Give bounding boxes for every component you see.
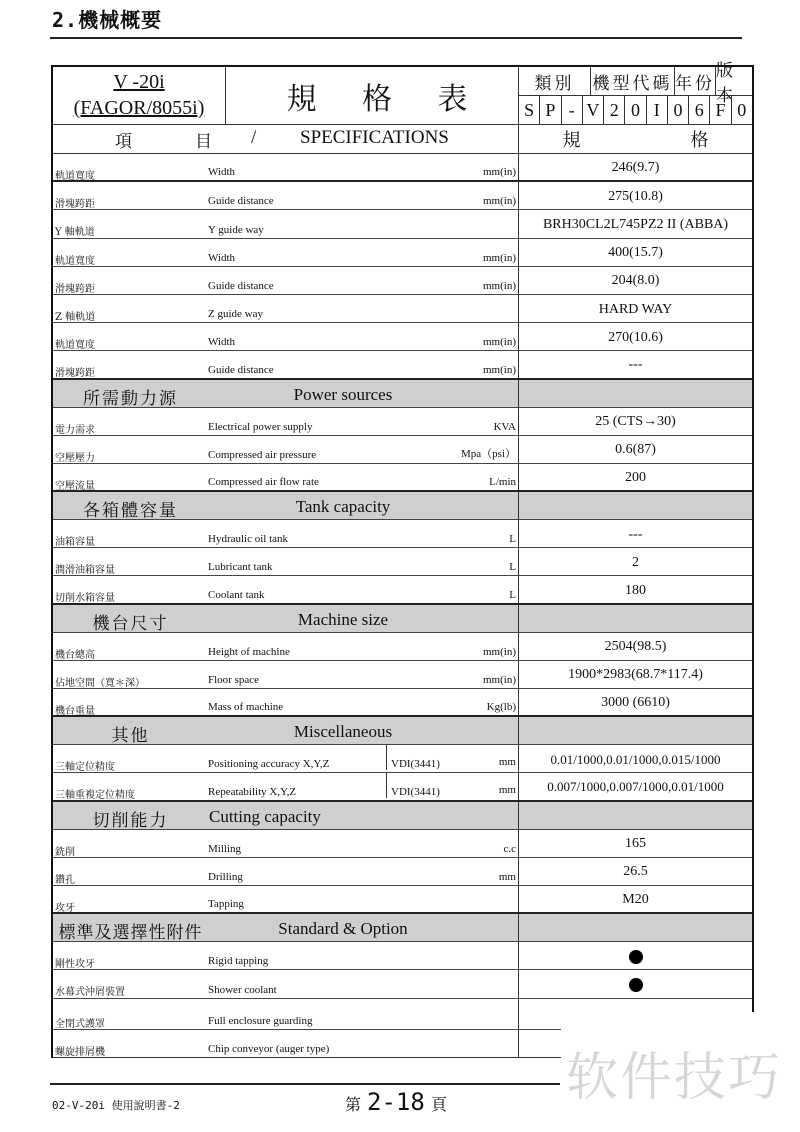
table-row: 切削水箱容量 Coolant tankL 180	[53, 576, 752, 604]
row-value-blank	[519, 1002, 561, 1029]
row-value	[519, 970, 752, 997]
row-value: 200	[519, 464, 752, 490]
row-label-zh: 潤滑油箱容量	[53, 548, 208, 575]
row-label-en: Hydraulic oil tank	[208, 533, 509, 545]
row-label-zh: 軌道寬度	[53, 239, 208, 266]
section-title-en: Tank capacity	[208, 492, 519, 519]
row-label-en: Z guide way	[208, 308, 516, 320]
table-row: Z 軸軌道 Z guide way HARD WAY	[53, 295, 752, 323]
row-label-en: Width	[208, 166, 483, 178]
row-label-zh: 油箱容量	[53, 520, 208, 547]
table-row: 滑塊跨距 Guide distancemm(in) 275(10.8)	[53, 182, 752, 210]
table-row: 油箱容量 Hydraulic oil tankL ---	[53, 520, 752, 548]
section-title-en: Miscellaneous	[208, 717, 519, 744]
row-label-en-cell: Widthmm(in)	[208, 239, 519, 266]
row-label-zh: 電力需求	[53, 408, 208, 435]
row-unit: L/min	[489, 476, 518, 488]
row-unit: mm(in)	[483, 252, 518, 264]
row-label-en-cell: Positioning accuracy X,Y,Z VDI(3441)mm	[208, 745, 519, 772]
page-prefix: 第	[345, 1095, 361, 1114]
row-unit: L	[509, 589, 518, 601]
row-label-en: Lubricant tank	[208, 561, 509, 573]
row-value-blank	[519, 1030, 561, 1057]
row-unit: L	[509, 533, 518, 545]
controller-name: (FAGOR/8055i)	[53, 95, 225, 121]
code-label-model: 機型代碼	[591, 67, 675, 95]
row-unit: mm(in)	[483, 195, 518, 207]
code-cell: F	[710, 96, 731, 124]
row-value: 26.5	[519, 858, 752, 885]
item-header-slash: /	[251, 127, 256, 149]
watermark: 软件技巧	[566, 1035, 782, 1110]
row-standard: VDI(3441)	[391, 758, 440, 770]
row-unit: mm	[499, 784, 518, 798]
row-unit: mm(in)	[483, 674, 518, 686]
table-row: 電力需求 Electrical power supplyKVA 25 (CTS→…	[53, 408, 752, 436]
value-header-char: 規	[563, 126, 581, 152]
row-label-en: Milling	[208, 843, 503, 855]
row-label-en-cell: Guide distancemm(in)	[208, 267, 519, 294]
row-unit: mm(in)	[483, 364, 518, 376]
row-label-en: Mass of machine	[208, 701, 487, 713]
code-label-year: 年份	[675, 67, 716, 95]
section-value-blank	[519, 914, 752, 941]
row-unit: mm(in)	[483, 646, 518, 658]
row-label-en-cell: Drillingmm	[208, 858, 519, 885]
row-value: 25 (CTS→30)	[519, 408, 752, 435]
row-unit: Kg(lb)	[487, 701, 518, 713]
table-row: Y 軸軌道 Y guide way BRH30CL2L745PZ2 II (AB…	[53, 210, 752, 238]
row-label-en: Width	[208, 336, 483, 348]
code-cell: I	[647, 96, 668, 124]
row-label-zh: 螺旋排屑機	[53, 1030, 208, 1057]
code-label-category: 類別	[519, 67, 591, 95]
model-cell: V -20i (FAGOR/8055i)	[53, 67, 226, 124]
table-row: 滑塊跨距 Guide distancemm(in) 204(8.0)	[53, 267, 752, 295]
table-row: 全閉式護罩 Full enclosure guarding	[51, 1002, 561, 1030]
code-cell: S	[519, 96, 540, 124]
row-label-en-cell: Coolant tankL	[208, 576, 519, 602]
row-value: M20	[519, 886, 752, 912]
item-header-en: SPECIFICATIONS	[300, 127, 449, 149]
code-cell: V	[583, 96, 604, 124]
row-label-en: Rigid tapping	[208, 955, 518, 967]
section-header-misc: 其他 Miscellaneous	[53, 717, 752, 745]
section-header-machine-size: 機台尺寸 Machine size	[53, 605, 752, 633]
row-label-zh: 空壓壓力	[53, 436, 208, 463]
row-label-en: Chip conveyor (auger type)	[208, 1043, 518, 1055]
code-cells: S P - V 2 0 I 0 6 F 0	[519, 96, 752, 124]
row-label-zh: 佔地空間（寬＊深）	[53, 661, 208, 688]
row-unit: mm	[499, 871, 518, 883]
row-label-zh: 三軸重複定位精度	[53, 773, 208, 799]
code-label-version: 版本	[716, 67, 752, 95]
row-label-en: Width	[208, 252, 483, 264]
section-value-blank	[519, 717, 752, 744]
row-label-en-cell: Guide distancemm(in)	[208, 182, 519, 209]
standard-dot-icon	[629, 950, 643, 964]
code-cell: -	[562, 96, 583, 124]
row-label-en-cell: Guide distancemm(in)	[208, 351, 519, 377]
row-label-zh: 銑削	[53, 830, 208, 857]
row-value: ---	[519, 351, 752, 377]
row-label-en: Height of machine	[208, 646, 483, 658]
section-title-zh: 各箱體容量	[53, 492, 208, 519]
row-label-en-cell: Repeatability X,Y,Z VDI(3441)mm	[208, 773, 519, 799]
row-value: 0.007/1000,0.007/1000,0.01/1000	[519, 773, 752, 799]
row-label-en-cell: Mass of machineKg(lb)	[208, 689, 519, 715]
section-title-en: Power sources	[208, 380, 519, 407]
section-header-cutting: 切削能力 Cutting capacity	[53, 802, 752, 830]
section-title-en: Machine size	[208, 605, 519, 632]
table-row: 軌道寬度 Widthmm(in) 270(10.6)	[53, 323, 752, 351]
code-cell: 0	[625, 96, 646, 124]
code-cell: 0	[732, 96, 752, 124]
chapter-title: 2.機械概要	[52, 4, 162, 33]
standard-cell: VDI(3441)mm	[386, 745, 518, 770]
row-label-en-cell: Floor spacemm(in)	[208, 661, 519, 688]
row-unit: L	[509, 561, 518, 573]
row-label-en: Guide distance	[208, 280, 483, 292]
row-label-zh: Y 軸軌道	[53, 210, 208, 237]
title-char: 規	[287, 74, 317, 118]
row-label-en: Tapping	[208, 898, 516, 910]
row-unit: mm	[499, 756, 518, 770]
row-label-en: Drilling	[208, 871, 499, 883]
row-value: 270(10.6)	[519, 323, 752, 350]
section-value-blank	[519, 492, 752, 519]
model-name: V -20i	[53, 69, 225, 95]
row-value: 3000 (6610)	[519, 689, 752, 715]
table-title-row: V -20i (FAGOR/8055i) 規 格 表 類別 機型代碼 年份 版本…	[53, 67, 752, 125]
table-row: 軌道寬度 Widthmm(in) 400(15.7)	[53, 239, 752, 267]
row-label-en: Compressed air pressure	[208, 449, 461, 461]
row-label-zh: 全閉式護罩	[53, 1002, 208, 1029]
row-label-en: Full enclosure guarding	[208, 1015, 518, 1027]
table-row: 水幕式沖屑裝置 Shower coolant	[53, 970, 752, 998]
row-label-zh: 滑塊跨距	[53, 182, 208, 209]
row-value: HARD WAY	[519, 295, 752, 322]
value-header: 規 格	[519, 125, 752, 153]
spec-column-header: 項 目 / SPECIFICATIONS 規 格	[53, 125, 752, 154]
row-label-en-cell: Full enclosure guarding	[208, 1002, 519, 1029]
footer-rule	[50, 1083, 560, 1085]
footer-document-name: 02-V-20i 使用說明書-2	[52, 1097, 180, 1113]
row-label-zh: 機台總高	[53, 633, 208, 660]
bottom-rows: 全閉式護罩 Full enclosure guarding 螺旋排屑機 Chip…	[51, 1002, 561, 1058]
table-row: 空壓流量 Compressed air flow rateL/min 200	[53, 464, 752, 492]
row-value: 204(8.0)	[519, 267, 752, 294]
row-label-en: Electrical power supply	[208, 421, 494, 433]
row-value: 2	[519, 548, 752, 575]
row-unit: mm(in)	[483, 336, 518, 348]
row-label-en-cell: Lubricant tankL	[208, 548, 519, 575]
row-label-en-cell: Shower coolant	[208, 970, 519, 997]
table-row: 空壓壓力 Compressed air pressureMpa（psi） 0.6…	[53, 436, 752, 464]
code-cell: 6	[689, 96, 710, 124]
code-cell: P	[540, 96, 561, 124]
table-row: 軌道寬度 Widthmm(in) 246(9.7)	[53, 154, 752, 182]
section-value-blank	[519, 802, 752, 829]
row-label-en: Guide distance	[208, 195, 483, 207]
section-title-en: Standard & Option	[208, 914, 519, 941]
standard-cell: VDI(3441)mm	[386, 773, 518, 797]
row-label-en: Repeatability X,Y,Z	[208, 786, 386, 798]
section-header-options: 標準及選擇性附件 Standard & Option	[53, 914, 752, 942]
section-header-power: 所需動力源 Power sources	[53, 380, 752, 408]
row-label-zh: 鑽孔	[53, 858, 208, 885]
row-label-en-cell: Hydraulic oil tankL	[208, 520, 519, 547]
table-row: 銑削 Millingc.c 165	[53, 830, 752, 858]
row-label-zh: 攻牙	[53, 886, 208, 912]
row-label-en-cell: Widthmm(in)	[208, 323, 519, 350]
row-label-en-cell: Chip conveyor (auger type)	[208, 1030, 519, 1057]
section-title-zh: 所需動力源	[53, 380, 208, 407]
section-title-zh: 其他	[53, 717, 208, 744]
table-title: 規 格 表	[226, 67, 518, 124]
row-value: ---	[519, 520, 752, 547]
row-label-zh: 空壓流量	[53, 464, 208, 490]
section-title-zh: 切削能力	[53, 802, 208, 829]
page-number: 2-18	[367, 1088, 425, 1116]
row-value: 246(9.7)	[519, 154, 752, 180]
row-label-zh: 切削水箱容量	[53, 576, 208, 602]
table-row: 佔地空間（寬＊深） Floor spacemm(in) 1900*2983(68…	[53, 661, 752, 689]
row-unit: c.c	[503, 843, 518, 855]
item-header-zh-1: 項	[115, 127, 132, 152]
table-row: 潤滑油箱容量 Lubricant tankL 2	[53, 548, 752, 576]
row-label-en-cell: Widthmm(in)	[208, 154, 519, 180]
section-header-tank: 各箱體容量 Tank capacity	[53, 492, 752, 520]
row-value: 1900*2983(68.7*117.4)	[519, 661, 752, 688]
table-row: 機台總高 Height of machinemm(in) 2504(98.5)	[53, 633, 752, 661]
row-label-zh: 軌道寬度	[53, 154, 208, 180]
code-labels: 類別 機型代碼 年份 版本	[519, 67, 752, 96]
row-value: 2504(98.5)	[519, 633, 752, 660]
row-value: BRH30CL2L745PZ2 II (ABBA)	[519, 210, 752, 237]
row-label-zh: 剛性攻牙	[53, 942, 208, 969]
row-value: 275(10.8)	[519, 182, 752, 209]
row-label-en: Coolant tank	[208, 589, 509, 601]
section-value-blank	[519, 380, 752, 407]
code-cell: 0	[668, 96, 689, 124]
table-row: 三軸重複定位精度 Repeatability X,Y,Z VDI(3441)mm…	[53, 773, 752, 801]
value-header-char: 格	[691, 126, 709, 152]
row-label-en: Floor space	[208, 674, 483, 686]
table-row: 機台重量 Mass of machineKg(lb) 3000 (6610)	[53, 689, 752, 717]
row-label-en-cell: Electrical power supplyKVA	[208, 408, 519, 435]
row-label-en: Y guide way	[208, 224, 516, 236]
row-label-en-cell: Rigid tapping	[208, 942, 519, 969]
spec-table: V -20i (FAGOR/8055i) 規 格 表 類別 機型代碼 年份 版本…	[51, 65, 754, 1018]
row-label-en: Compressed air flow rate	[208, 476, 489, 488]
document-code: 類別 機型代碼 年份 版本 S P - V 2 0 I 0 6 F 0	[518, 67, 752, 124]
row-label-zh: 軌道寬度	[53, 323, 208, 350]
row-standard: VDI(3441)	[391, 786, 440, 798]
row-unit: mm(in)	[483, 280, 518, 292]
header-rule	[50, 37, 742, 39]
standard-dot-icon	[629, 978, 643, 992]
section-value-blank	[519, 605, 752, 632]
table-row: 三軸定位精度 Positioning accuracy X,Y,Z VDI(34…	[53, 745, 752, 773]
row-value: 0.01/1000,0.01/1000,0.015/1000	[519, 745, 752, 772]
row-label-zh: 滑塊跨距	[53, 351, 208, 377]
item-header-zh-2: 目	[195, 127, 212, 152]
footer-page-number: 第2-18頁	[345, 1088, 447, 1116]
row-label-en: Guide distance	[208, 364, 483, 376]
table-row: 滑塊跨距 Guide distancemm(in) ---	[53, 351, 752, 379]
row-label-zh: Z 軸軌道	[53, 295, 208, 322]
item-header: 項 目 / SPECIFICATIONS	[53, 125, 519, 153]
row-unit: KVA	[494, 421, 518, 433]
table-row: 剛性攻牙 Rigid tapping	[53, 942, 752, 970]
row-label-zh: 機台重量	[53, 689, 208, 715]
page-suffix: 頁	[431, 1095, 447, 1114]
title-char: 表	[437, 74, 467, 118]
row-label-en-cell: Tapping	[208, 886, 519, 912]
row-value: 165	[519, 830, 752, 857]
row-value: 400(15.7)	[519, 239, 752, 266]
section-title-en: Cutting capacity	[208, 802, 519, 829]
row-label-en-cell: Height of machinemm(in)	[208, 633, 519, 660]
row-label-zh: 水幕式沖屑裝置	[53, 970, 208, 997]
title-char: 格	[362, 74, 392, 118]
section-title-zh: 機台尺寸	[53, 605, 208, 632]
row-label-en: Shower coolant	[208, 984, 518, 996]
row-label-en: Positioning accuracy X,Y,Z	[208, 758, 386, 770]
row-label-zh: 三軸定位精度	[53, 745, 208, 772]
row-label-en-cell: Compressed air flow rateL/min	[208, 464, 519, 490]
row-label-en-cell: Compressed air pressureMpa（psi）	[208, 436, 519, 463]
row-value: 0.6(87)	[519, 436, 752, 463]
row-label-en-cell: Millingc.c	[208, 830, 519, 857]
table-row: 鑽孔 Drillingmm 26.5	[53, 858, 752, 886]
row-label-en-cell: Z guide way	[208, 295, 519, 322]
row-unit: Mpa（psi）	[461, 445, 518, 461]
row-label-zh: 滑塊跨距	[53, 267, 208, 294]
table-row: 攻牙 Tapping M20	[53, 886, 752, 914]
row-unit: mm(in)	[483, 166, 518, 178]
row-value: 180	[519, 576, 752, 602]
code-cell: 2	[604, 96, 625, 124]
row-label-en-cell: Y guide way	[208, 210, 519, 237]
table-row: 螺旋排屑機 Chip conveyor (auger type)	[51, 1030, 561, 1058]
row-value	[519, 942, 752, 969]
section-title-zh: 標準及選擇性附件	[53, 914, 208, 941]
